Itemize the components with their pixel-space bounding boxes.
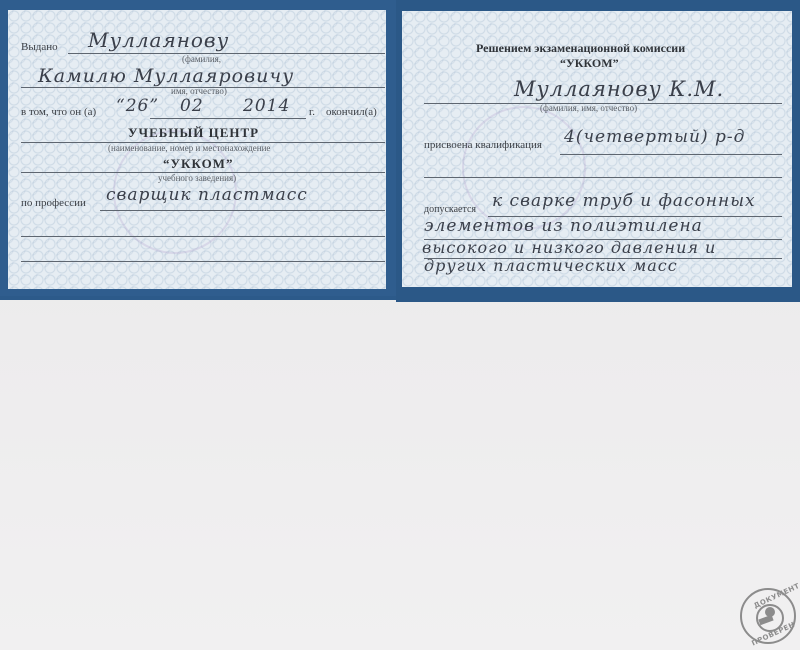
profession-handwritten: сварщик пластмасс <box>106 185 308 205</box>
surname-line <box>68 53 385 54</box>
profession-line <box>100 210 385 211</box>
name-caption: имя, отчество) <box>171 86 227 96</box>
blank-line-2 <box>21 261 385 262</box>
institution-type: УЧЕБНЫЙ ЦЕНТР <box>128 125 259 141</box>
surname-handwritten: Муллаяновy <box>88 28 229 52</box>
date-year-line <box>270 118 306 119</box>
document-verified-badge: ДОКУМЕНТ ПРОВЕРЕН <box>740 588 796 644</box>
date-month-line <box>150 118 278 119</box>
commission-name: “УККОМ” <box>560 56 619 71</box>
qualification-label: присвоена квалификация <box>424 139 542 151</box>
date-year: 2014 <box>243 96 290 116</box>
person-caption: (фамилия, имя, отчество) <box>540 103 637 113</box>
blank-line-right <box>424 177 782 178</box>
qualification-handwritten: 4(четвертый) р-д <box>564 127 745 147</box>
year-suffix: г. <box>309 106 315 118</box>
institution-caption-2: учебного заведения) <box>158 173 236 183</box>
issued-to-label: Выдано <box>21 41 58 53</box>
admitted-line-1: к сварке труб и фасонных <box>492 191 756 211</box>
admitted-line-3: высокого и низкого давления и <box>422 238 716 257</box>
institution-caption-1: (наименование, номер и местонахождение <box>108 143 270 153</box>
commission-heading: Решением экзаменационной комиссии <box>476 41 685 56</box>
admitted-label: допускается <box>424 204 476 215</box>
faded-stamp-right <box>462 106 586 230</box>
blank-line-1 <box>21 236 385 237</box>
date-day: “26” <box>116 96 159 116</box>
person-handwritten: Муллаяновy К.М. <box>514 77 724 101</box>
that-label: в том, что он (а) <box>21 106 96 118</box>
surname-caption: (фамилия, <box>182 54 221 64</box>
admitted-line-2: элементов из полиэтилена <box>424 216 703 236</box>
right-page: Решением экзаменационной комиссии “УККОМ… <box>402 11 792 287</box>
profession-label: по профессии <box>21 197 86 209</box>
institution-name: “УККОМ” <box>163 156 233 172</box>
name-handwritten: Камилю Муллаяровичу <box>38 65 294 87</box>
qualification-line <box>560 154 782 155</box>
completed-label: окончил(а) <box>326 106 377 118</box>
admitted-line-4: других пластических масс <box>424 256 678 275</box>
left-page: Выдано Муллаяновy (фамилия, Камилю Мулла… <box>8 10 386 289</box>
date-month: 02 <box>180 96 204 116</box>
